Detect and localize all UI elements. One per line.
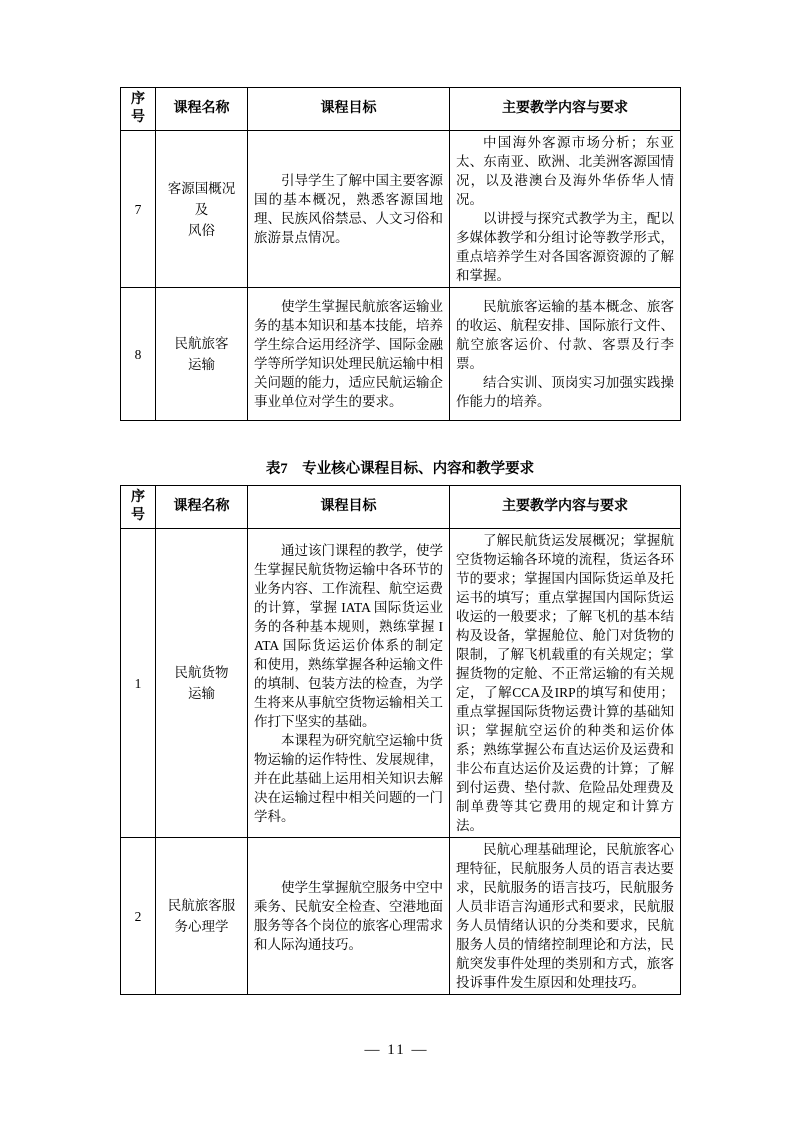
table-row-2: 2 民航旅客服 务心理学 使学生掌握航空服务中空中乘务、民航安全检查、空港地面服… [121,838,681,995]
row7-goal-paragraph: 引导学生了解中国主要客源国的基本概况，熟悉客源国地理、民族风俗禁忌、人文习俗和旅… [254,171,443,247]
core-course-table: 序 号 课程名称 课程目标 主要教学内容与要求 1 民航货物 运输 通过该门课程… [120,485,681,995]
header-seq: 序 号 [121,486,156,529]
row7-content-paragraph-2: 以讲授与探究式教学为主，配以多媒体教学和分组讨论等教学形式，重点培养学生对各国客… [456,209,674,285]
page-number: — 11 — [0,1040,793,1060]
row2-course-goal: 使学生掌握航空服务中空中乘务、民航安全检查、空港地面服务等各个岗位的旅客心理需求… [248,838,450,995]
row1-teaching-content: 了解民航货运发展概况；掌握航空货物运输各环境的流程，货运各环节的要求；掌握国内国… [450,529,681,838]
row1-content-paragraph: 了解民航货运发展概况；掌握航空货物运输各环境的流程，货运各环节的要求；掌握国内国… [456,531,674,835]
row7-seq: 7 [121,131,156,288]
table-row-1: 1 民航货物 运输 通过该门课程的教学，使学生掌握民航货物运输中各环节的业务内容… [121,529,681,838]
row8-course-goal: 使学生掌握民航旅客运输业务的基本知识和基本技能，培养学生综合运用经济学、国际金融… [248,288,450,421]
header-teaching-content: 主要教学内容与要求 [450,486,681,529]
row1-seq: 1 [121,529,156,838]
table7-caption: 表7 专业核心课程目标、内容和教学要求 [120,459,680,479]
table-row-7: 7 客源国概况及 风俗 引导学生了解中国主要客源国的基本概况，熟悉客源国地理、民… [121,131,681,288]
row8-course-name: 民航旅客 运输 [156,288,248,421]
row7-course-goal: 引导学生了解中国主要客源国的基本概况，熟悉客源国地理、民族风俗禁忌、人文习俗和旅… [248,131,450,288]
row1-course-goal: 通过该门课程的教学，使学生掌握民航货物运输中各环节的业务内容、工作流程、航空运费… [248,529,450,838]
header-course-goal: 课程目标 [248,88,450,131]
row7-teaching-content: 中国海外客源市场分析；东亚太、东南亚、欧洲、北美洲客源国情况，以及港澳台及海外华… [450,131,681,288]
row1-course-name: 民航货物 运输 [156,529,248,838]
row8-content-paragraph-2: 结合实训、顶岗实习加强实践操作能力的培养。 [456,373,674,411]
row8-teaching-content: 民航旅客运输的基本概念、旅客的收运、航程安排、国际旅行文件、航空旅客运价、付款、… [450,288,681,421]
header-teaching-content: 主要教学内容与要求 [450,88,681,131]
row1-goal-paragraph-2: 本课程为研究航空运输中货物运输的运作特性、发展规律，并在此基础上运用相关知识去解… [254,731,443,826]
row2-content-paragraph: 民航心理基础理论，民航旅客心理特征，民航服务人员的语言表达要求，民航服务的语言技… [456,840,674,992]
row8-seq: 8 [121,288,156,421]
row7-content-paragraph-1: 中国海外客源市场分析；东亚太、东南亚、欧洲、北美洲客源国情况，以及港澳台及海外华… [456,133,674,209]
table-row-8: 8 民航旅客 运输 使学生掌握民航旅客运输业务的基本知识和基本技能，培养学生综合… [121,288,681,421]
document-page: 序 号 课程名称 课程目标 主要教学内容与要求 7 客源国概况及 风俗 引导学生… [0,0,793,1122]
course-table-continued: 序 号 课程名称 课程目标 主要教学内容与要求 7 客源国概况及 风俗 引导学生… [120,87,681,421]
row7-course-name: 客源国概况及 风俗 [156,131,248,288]
header-course-name: 课程名称 [156,486,248,529]
table-header-row: 序 号 课程名称 课程目标 主要教学内容与要求 [121,486,681,529]
row8-goal-paragraph: 使学生掌握民航旅客运输业务的基本知识和基本技能，培养学生综合运用经济学、国际金融… [254,297,443,411]
header-course-name: 课程名称 [156,88,248,131]
row2-course-name: 民航旅客服 务心理学 [156,838,248,995]
row2-goal-paragraph: 使学生掌握航空服务中空中乘务、民航安全检查、空港地面服务等各个岗位的旅客心理需求… [254,878,443,954]
row8-content-paragraph-1: 民航旅客运输的基本概念、旅客的收运、航程安排、国际旅行文件、航空旅客运价、付款、… [456,297,674,373]
header-seq: 序 号 [121,88,156,131]
row2-teaching-content: 民航心理基础理论，民航旅客心理特征，民航服务人员的语言表达要求，民航服务的语言技… [450,838,681,995]
header-course-goal: 课程目标 [248,486,450,529]
row2-seq: 2 [121,838,156,995]
row1-goal-paragraph-1: 通过该门课程的教学，使学生掌握民航货物运输中各环节的业务内容、工作流程、航空运费… [254,541,443,731]
table-header-row: 序 号 课程名称 课程目标 主要教学内容与要求 [121,88,681,131]
